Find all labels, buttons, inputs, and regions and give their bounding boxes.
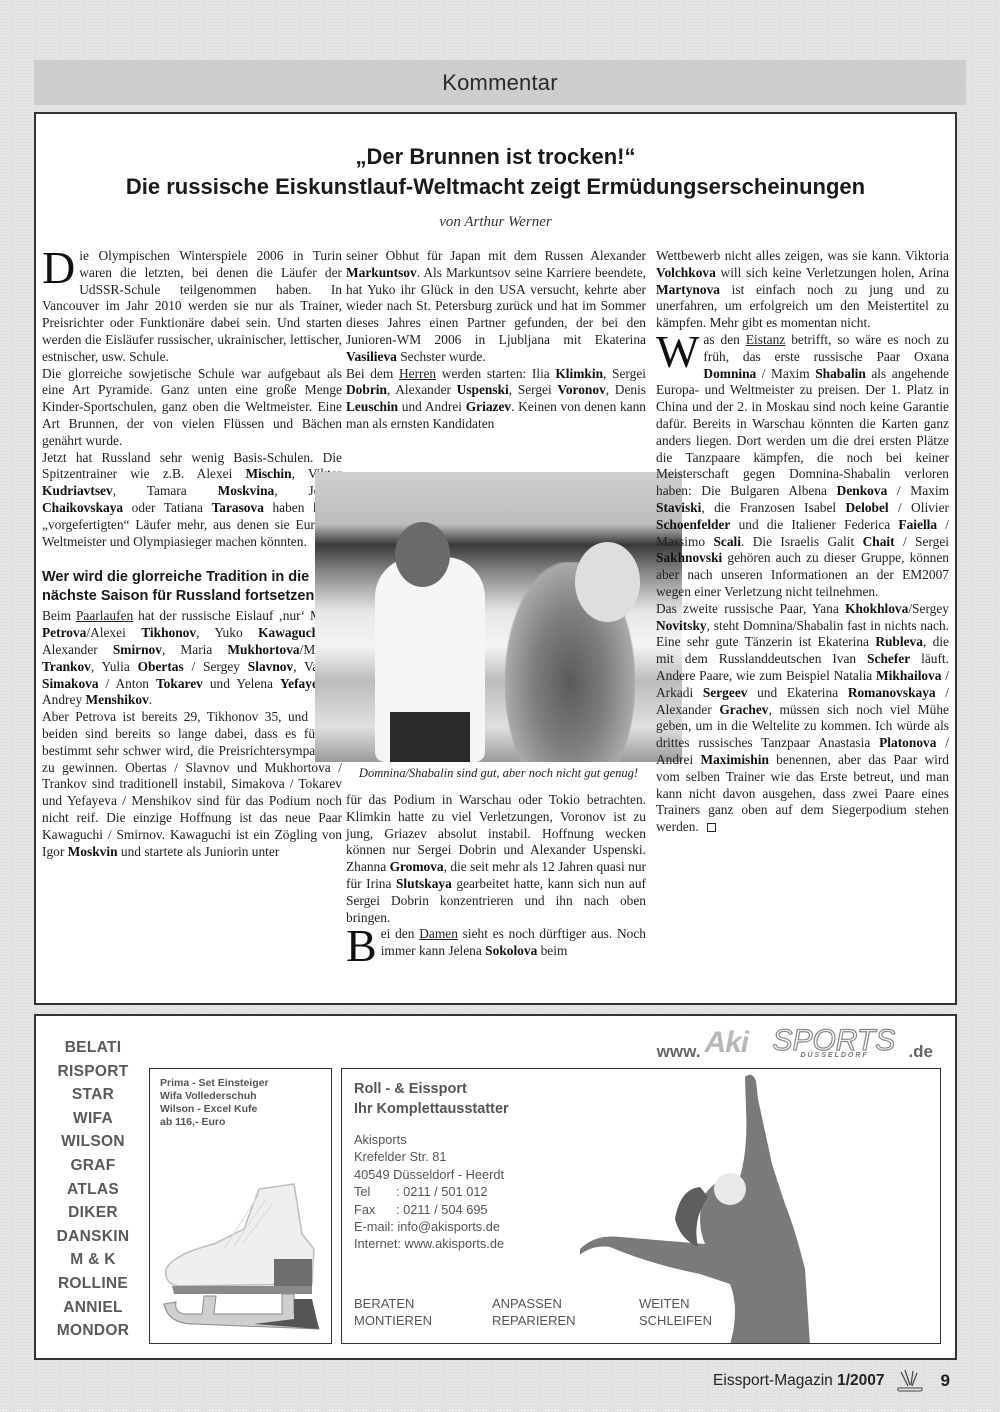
photo-male-head [395, 522, 450, 587]
article-column-1: Die Olympischen Winterspiele 2006 in Tur… [42, 248, 342, 860]
topic-ice-dance: Eistanz [746, 332, 785, 347]
shop-fax: Fax: 0211 / 504 695 [354, 1201, 504, 1218]
brand-item: MONDOR [48, 1319, 138, 1343]
brand-item: ATLAS [48, 1178, 138, 1202]
section-title: Kommentar [442, 70, 558, 96]
brand-item: STAR [48, 1083, 138, 1107]
brand-item: DIKER [48, 1201, 138, 1225]
brand-item: M & K [48, 1248, 138, 1272]
shop-city: 40549 Düsseldorf - Heerdt [354, 1166, 504, 1183]
paragraph: Jetzt hat Russland sehr wenig Basis-Schu… [42, 450, 342, 551]
article-column-2-continued: für das Podium in Warschau oder Tokio be… [346, 792, 646, 964]
paragraph: Aber Petrova ist bereits 29, Tikhonov 35… [42, 709, 342, 860]
shop-email[interactable]: E-mail: info@akisports.de [354, 1218, 504, 1235]
shop-website-logo[interactable]: www. Aki SPORTS DÜSSELDORF .de [657, 1028, 933, 1062]
skating-photo [315, 472, 682, 762]
issue-number: 1/2007 [837, 1372, 884, 1389]
shop-address: Akisports Krefelder Str. 81 40549 Düssel… [354, 1131, 504, 1253]
dropcap: B [346, 928, 377, 964]
ice-skate-icon [154, 1174, 329, 1339]
topic-pairs: Paarlaufen [76, 608, 133, 623]
topic-men: Herren [399, 366, 436, 381]
figure-skater-silhouette-icon [580, 1069, 910, 1344]
magazine-logo-icon [895, 1368, 925, 1394]
paragraph: Die glorreiche sowjetische Schule war au… [42, 366, 342, 450]
article-column-3: Wettbewerb nicht alles zeigen, was sie k… [656, 248, 949, 836]
end-of-article-icon [707, 823, 716, 832]
shop-name: Akisports [354, 1131, 504, 1148]
paragraph: Bei den Damen sieht es noch dürftiger au… [346, 926, 646, 960]
photo-caption: Domnina/Shabalin sind gut, aber noch nic… [315, 766, 682, 781]
section-header: Kommentar [34, 60, 966, 105]
paragraph: Die Olympischen Winterspiele 2006 in Tur… [42, 248, 342, 366]
article-column-2: seiner Obhut für Japan mit dem Russen Al… [346, 248, 646, 433]
paragraph: seiner Obhut für Japan mit dem Russen Al… [346, 248, 646, 366]
shop-street: Krefelder Str. 81 [354, 1148, 504, 1165]
byline: von Arthur Werner [36, 214, 955, 231]
brand-item: BELATI [48, 1036, 138, 1060]
photo-female-hair [575, 542, 640, 622]
page-footer: Eissport-Magazin 1/2007 9 [713, 1368, 950, 1394]
dropcap: D [42, 250, 75, 286]
paragraph: Was den Eistanz betrifft, so wäre es noc… [656, 332, 949, 601]
brand-item: WIFA [48, 1107, 138, 1131]
article: „Der Brunnen ist trocken!“ Die russische… [34, 112, 957, 1005]
topic-ladies: Damen [419, 926, 458, 941]
paragraph: Das zweite russische Paar, Yana Khokhlov… [656, 601, 949, 836]
service-group: WEITEN SCHLEIFEN [639, 1295, 712, 1329]
magazine-name: Eissport-Magazin [713, 1372, 833, 1389]
service-group: ANPASSEN REPARIEREN [492, 1295, 576, 1329]
brand-item: ANNIEL [48, 1296, 138, 1320]
shop-phone: Tel: 0211 / 501 012 [354, 1183, 504, 1200]
shop-title: Roll - & Eissport Ihr Komplettausstatter [354, 1079, 509, 1119]
akisports-advertisement: BELATI RISPORT STAR WIFA WILSON GRAF ATL… [34, 1014, 957, 1360]
subheading: Wer wird die glorreiche Tradition in die… [42, 568, 342, 606]
paragraph: für das Podium in Warschau oder Tokio be… [346, 792, 646, 926]
service-group: BERATEN MONTIEREN [354, 1295, 432, 1329]
article-headline: „Der Brunnen ist trocken!“ Die russische… [36, 142, 955, 202]
paragraph: Beim Paarlaufen hat der russische Eislau… [42, 608, 342, 709]
brand-item: DANSKIN [48, 1225, 138, 1249]
paragraph: Wettbewerb nicht alles zeigen, was sie k… [656, 248, 949, 332]
headline-subtitle: Die russische Eiskunstlauf-Weltmacht zei… [36, 172, 955, 202]
brand-item: ROLLINE [48, 1272, 138, 1296]
shop-internet[interactable]: Internet: www.akisports.de [354, 1235, 504, 1252]
brand-item: GRAF [48, 1154, 138, 1178]
akisports-logo: Aki SPORTS DÜSSELDORF [704, 1028, 904, 1062]
skate-price: ab 116,- Euro [160, 1116, 269, 1129]
skate-offer-box: Prima - Set Einsteiger Wifa Vollederschu… [149, 1068, 332, 1344]
headline-quote: „Der Brunnen ist trocken!“ [36, 142, 955, 172]
brand-item: RISPORT [48, 1060, 138, 1084]
page-number: 9 [941, 1371, 950, 1391]
photo-male-legs [390, 712, 470, 762]
paragraph: Bei dem Herren werden starten: Ilia Klim… [346, 366, 646, 433]
dropcap: W [656, 334, 699, 370]
brand-item: WILSON [48, 1130, 138, 1154]
brand-list: BELATI RISPORT STAR WIFA WILSON GRAF ATL… [48, 1036, 138, 1343]
skate-offer-text: Prima - Set Einsteiger Wifa Vollederschu… [160, 1077, 269, 1129]
shop-info-box: Roll - & Eissport Ihr Komplettausstatter… [341, 1068, 941, 1344]
